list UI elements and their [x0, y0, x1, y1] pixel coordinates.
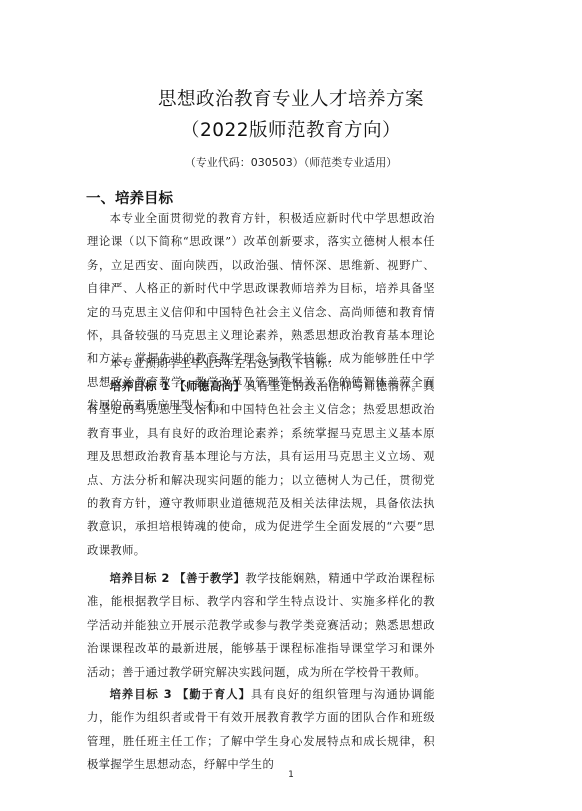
goal-2-text: 教学技能娴熟，精通中学政治课程标准，能根据教学目标、教学内容和学生特点设计、实施…: [87, 572, 435, 679]
document-page: 思想政治教育专业人才培养方案 （2022版师范教育方向） （专业代码：03050…: [0, 0, 582, 811]
goal-2-label: 培养目标 2 【善于教学】: [110, 572, 246, 585]
document-subtitle: （2022版师范教育方向）: [0, 116, 582, 142]
expectation-block: 本专业预期学生毕业5年左右达到以下目标：: [87, 352, 435, 375]
goal-1: 培养目标 1 【师德高尚】具有坚定的政治信仰与师德情怀。具有坚定的马克思主义信仰…: [87, 375, 435, 562]
section-heading-training-goals: 一、培养目标: [86, 187, 173, 208]
goal-1-label: 培养目标 1 【师德高尚】: [110, 380, 246, 393]
expectation-paragraph: 本专业预期学生毕业5年左右达到以下目标：: [87, 352, 435, 375]
goal-2: 培养目标 2 【善于教学】教学技能娴熟，精通中学政治课程标准，能根据教学目标、教…: [87, 567, 435, 684]
page-number: 1: [0, 770, 582, 780]
goal-3-label: 培养目标 3 【勤于育人】: [110, 688, 251, 701]
major-code-line: （专业代码：030503）（师范类专业适用）: [0, 154, 582, 170]
goal-3: 培养目标 3 【勤于育人】具有良好的组织管理与沟通协调能力，能作为组织者或骨干有…: [87, 683, 435, 777]
goal-1-text: 具有坚定的政治信仰与师德情怀。具有坚定的马克思主义信仰和中国特色社会主义信念；热…: [87, 380, 435, 557]
document-title: 思想政治教育专业人才培养方案: [0, 85, 582, 111]
